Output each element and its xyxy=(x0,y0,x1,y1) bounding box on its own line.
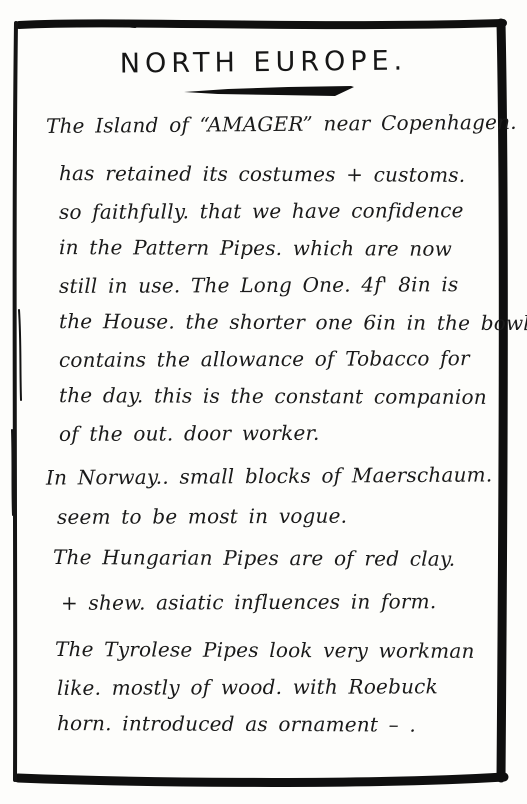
handwritten-line: the day. this is the constant companion xyxy=(46,377,496,416)
handwritten-line: contains the allowance of Tobacco for xyxy=(46,340,496,379)
handwritten-line: in the Pattern Pipes. which are now xyxy=(46,229,496,268)
handwritten-line: The Island of “AMAGER” near Copenhagen. xyxy=(46,104,496,145)
scanned-notebook-page: NORTH EUROPE. The Island of “AMAGER” nea… xyxy=(0,0,527,804)
handwritten-line: the House. the shorter one 6in in the bo… xyxy=(46,303,496,342)
handwritten-line: like. mostly of wood. with Roebuck xyxy=(46,668,496,707)
handwritten-line: horn. introduced as ornament – . xyxy=(46,705,496,744)
handwritten-line: has retained its costumes + customs. xyxy=(46,155,496,194)
handwritten-line: so faithfully. that we have confidence xyxy=(46,192,496,231)
handwritten-body: The Island of “AMAGER” near Copenhagen. … xyxy=(46,106,496,743)
handwritten-line: seem to be most in vogue. xyxy=(46,497,496,536)
handwritten-line: In Norway.. small blocks of Maerschaum. xyxy=(46,456,496,496)
page-title: NORTH EUROPE. xyxy=(0,44,527,81)
handwritten-line: + shew. asiatic influences in form. xyxy=(46,583,496,622)
handwritten-line: The Hungarian Pipes are of red clay. xyxy=(46,539,496,578)
title-underline xyxy=(183,84,355,98)
handwritten-line: still in use. The Long One. 4f' 8in is xyxy=(46,266,496,305)
handwritten-line: of the out. door worker. xyxy=(46,414,496,453)
handwritten-line: The Tyrolese Pipes look very workman xyxy=(46,631,496,670)
